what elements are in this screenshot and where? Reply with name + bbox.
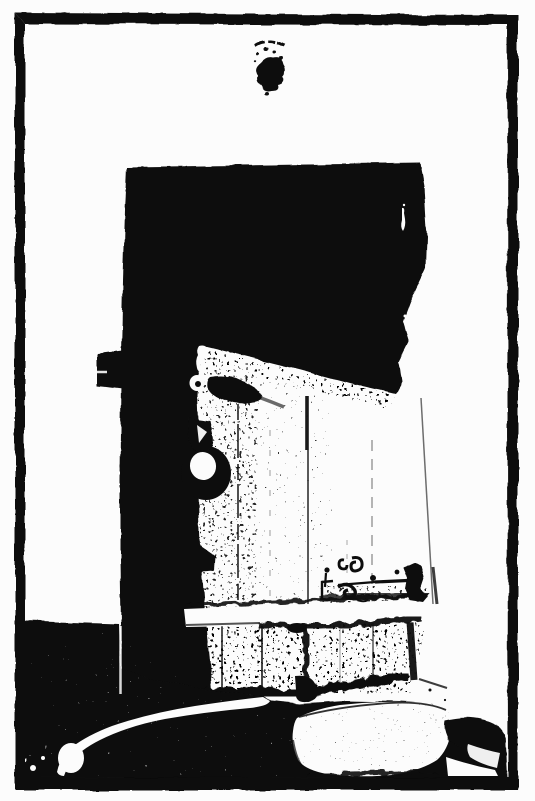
hinge-nail (395, 570, 400, 575)
hinge-nail (370, 575, 376, 581)
frame-right (507, 15, 518, 788)
latch-bar (97, 351, 123, 389)
frame-top (15, 13, 518, 25)
frame-bottom (15, 777, 518, 790)
hinge-nail (324, 567, 329, 572)
photograph (0, 0, 535, 801)
door-photo-canvas (0, 0, 535, 801)
frame-left (15, 13, 25, 789)
